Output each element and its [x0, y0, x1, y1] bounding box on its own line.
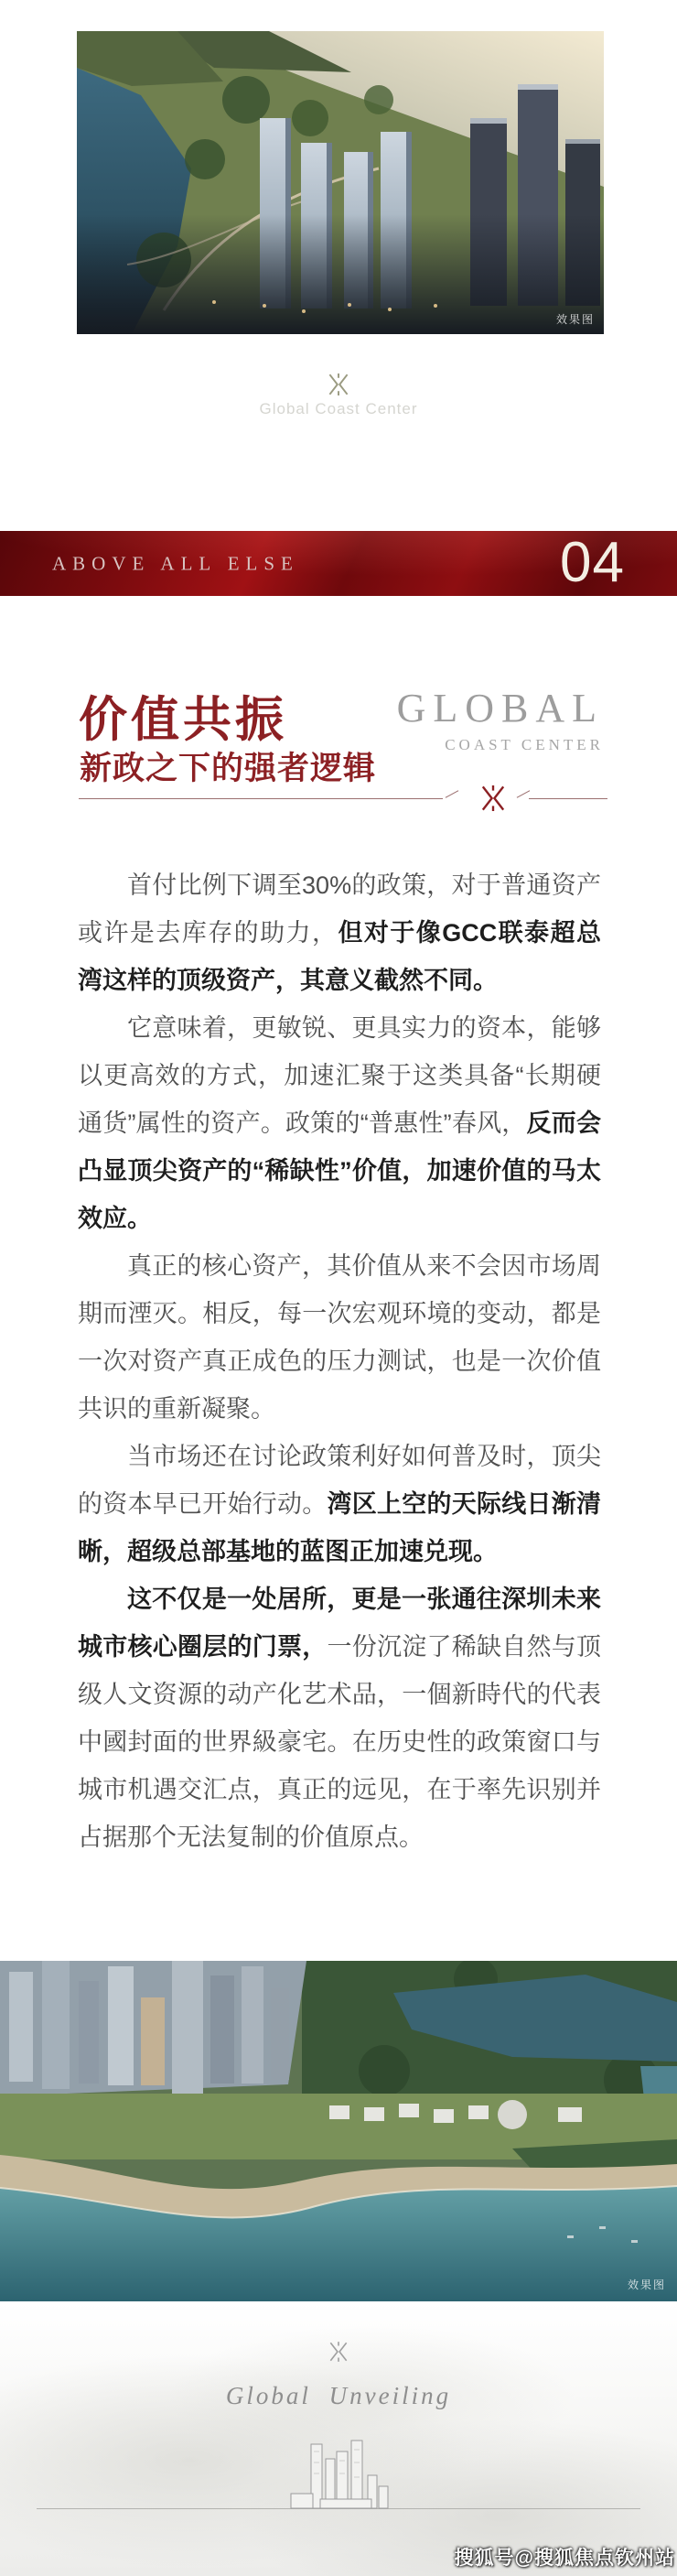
paragraph: 首付比例下调至30%的政策，对于普通资产或许是去库存的助力，但对于像GCC联泰超… — [78, 861, 601, 1004]
brand-wordmark-top: GLOBAL — [397, 688, 604, 729]
divider-logo-mark-icon — [478, 785, 509, 811]
panorama-render-image: 效果图 — [0, 1961, 677, 2301]
brand-wordmark: GLOBAL COAST CENTER — [397, 688, 604, 754]
article-page: 效果图 Global Coast Center ABOVE ALL ELSE 0… — [0, 0, 677, 2576]
section-subtitle: 新政之下的强者逻辑 — [80, 743, 376, 789]
chapter-number: 04 — [560, 530, 625, 595]
gcc-logo-mark-icon — [325, 373, 352, 395]
brand-wordmark-bottom: COAST CENTER — [397, 736, 604, 754]
section-title: 价值共振 — [79, 681, 287, 751]
watermark-text: 搜狐号@搜狐焦点钦州站 — [455, 2543, 675, 2571]
divider-line-left — [79, 798, 443, 799]
paragraph: 这不仅是一处居所，更是一张通往深圳未来城市核心圈层的门票，一份沉淀了稀缺自然与顶… — [78, 1575, 601, 1861]
hero-render-image: 效果图 — [77, 31, 604, 334]
divider-slash-right — [517, 790, 531, 797]
paragraph: 它意味着，更敏锐、更具实力的资本，能够以更高效的方式，加速汇聚于这类具备“长期硬… — [78, 1004, 601, 1242]
brand-logo-text: Global Coast Center — [0, 400, 677, 418]
section-divider — [79, 785, 607, 811]
render-disclaimer-label: 效果图 — [628, 2277, 666, 2292]
brand-logo-block: Global Coast Center — [0, 373, 677, 418]
panorama-render-graphic — [0, 1961, 677, 2301]
divider-line-right — [529, 798, 607, 799]
hero-render-graphic — [77, 31, 604, 334]
skyline-sketch-icon — [284, 2439, 393, 2510]
footer-logo-mark-icon — [327, 2301, 350, 2362]
banner-slogan: ABOVE ALL ELSE — [52, 552, 299, 575]
paragraph: 当市场还在讨论政策利好如何普及时，顶尖的资本早已开始行动。湾区上空的天际线日渐清… — [78, 1433, 601, 1575]
divider-slash-left — [446, 790, 459, 797]
render-disclaimer-label: 效果图 — [556, 311, 595, 327]
article-body: 首付比例下调至30%的政策，对于普通资产或许是去库存的助力，但对于像GCC联泰超… — [78, 861, 601, 1861]
chapter-banner: ABOVE ALL ELSE 04 — [0, 531, 677, 596]
footer-script-text: Global Unveiling — [0, 2382, 677, 2410]
paragraph: 真正的核心资产，其价值从来不会因市场周期而湮灭。相反，每一次宏观环境的变动，都是… — [78, 1242, 601, 1433]
footer-section: Global Unveiling 搜狐号@搜狐焦点钦州站 — [0, 2301, 677, 2576]
